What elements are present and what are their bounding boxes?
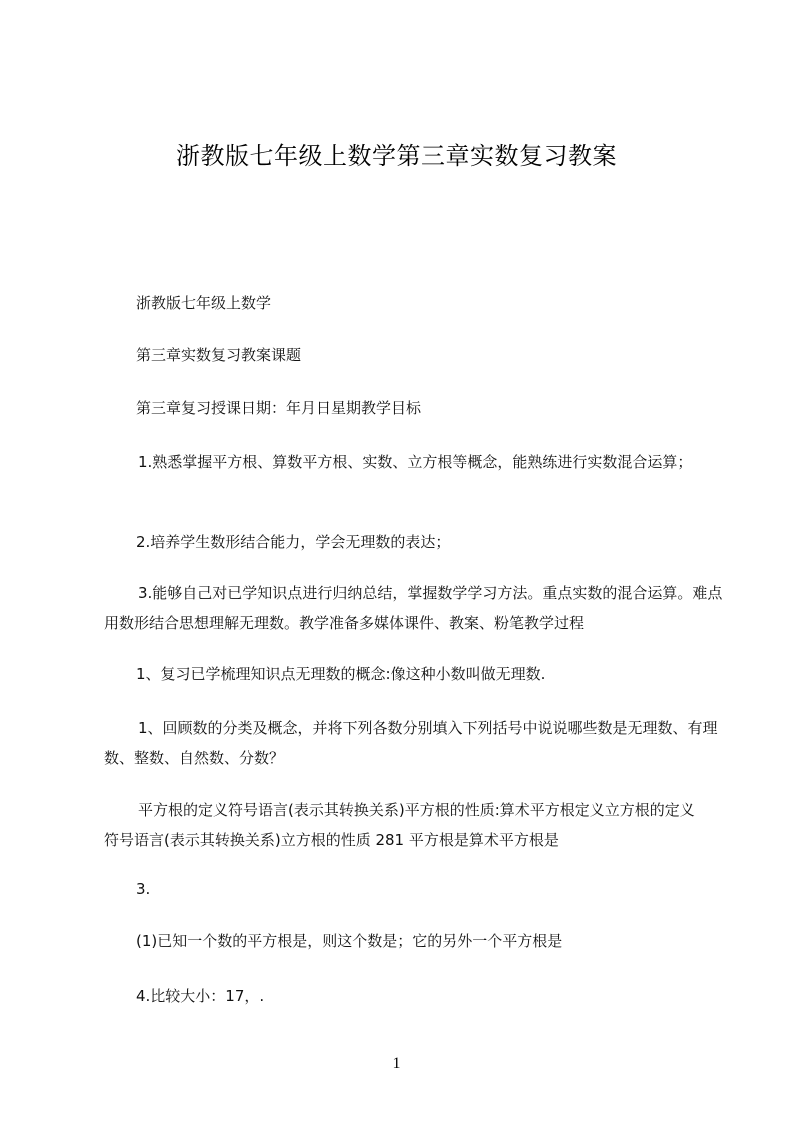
page-number: 1 [0,1055,793,1073]
document-title: 浙教版七年级上数学第三章实数复习教案 [0,140,793,172]
review-question-classification: 1、回顾数的分类及概念，并将下列各数分别填入下列括号中说说哪些数是无理数、有理数… [104,713,726,773]
item-3-sub-1: (1)已知一个数的平方根是，则这个数是；它的另外一个平方根是 [136,926,756,956]
paragraph-lesson-topic: 第三章实数复习教案课题 [136,340,756,370]
item-4-compare: 4.比较大小：17，. [136,981,756,1011]
paragraph-subject: 浙教版七年级上数学 [136,288,756,318]
item-3: 3. [136,874,756,904]
objective-2: 2.培养学生数形结合能力，学会无理数的表达； [136,527,756,557]
objective-1: 1.熟悉掌握平方根、算数平方根、实数、立方根等概念，能熟练进行实数混合运算； [104,447,724,477]
paragraph-square-root-definitions: 平方根的定义符号语言(表示其转换关系)平方根的性质:算术平方根定义立方根的定义符… [104,795,704,855]
review-section-1: 1、复习已学梳理知识点无理数的概念:像这种小数叫做无理数. [136,659,756,689]
paragraph-date-objectives: 第三章复习授课日期：年月日星期教学目标 [136,393,756,423]
objective-3: 3.能够自己对已学知识点进行归纳总结，掌握数学学习方法。重点实数的混合运算。难点… [104,578,724,638]
